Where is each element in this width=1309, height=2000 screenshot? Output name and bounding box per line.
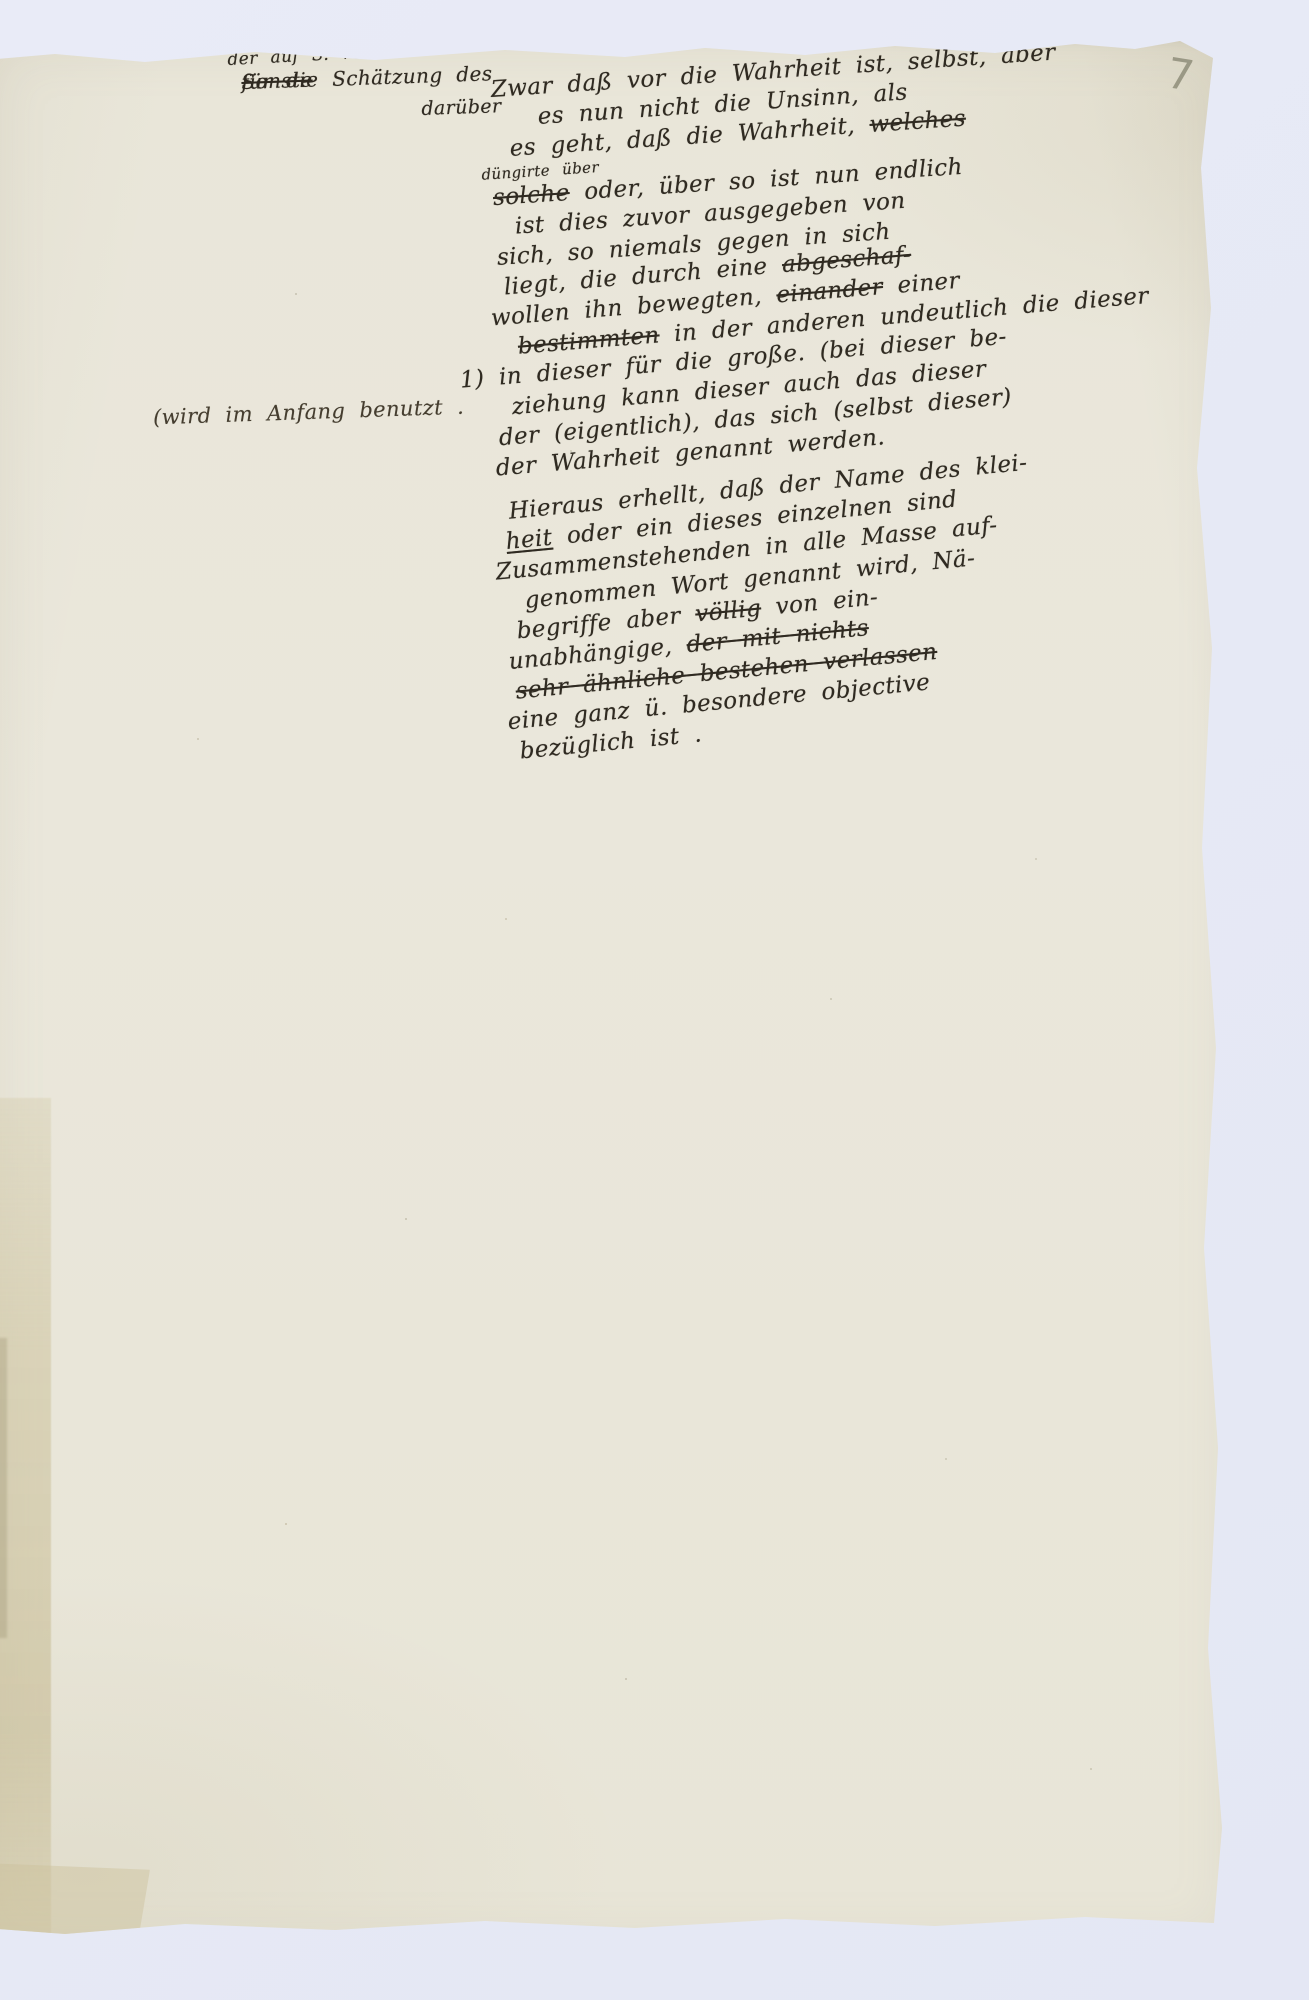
manuscript-scan: { "page": { "number": "7" }, "header_ann… xyxy=(0,0,1309,2000)
struck-text: Sonste xyxy=(241,68,313,94)
tape-stain xyxy=(0,1098,51,1943)
tape-stain-inner xyxy=(0,1338,7,1638)
text-run: einer xyxy=(882,268,961,300)
struck-text: völlig xyxy=(694,595,762,627)
manuscript-text-block: Zwar daß vor die Wahrheit ist, selbst, a… xyxy=(445,29,1234,769)
margin-note: (wird im Anfang benutzt . xyxy=(153,395,465,430)
struck-text: welches xyxy=(869,106,967,138)
underlined-text: heit xyxy=(505,525,554,555)
manuscript-page: der auf S. 73 für die Schätzung des Sons… xyxy=(0,38,1237,1950)
struck-text: solche xyxy=(492,180,570,211)
tape-stain-corner xyxy=(0,1863,150,1948)
